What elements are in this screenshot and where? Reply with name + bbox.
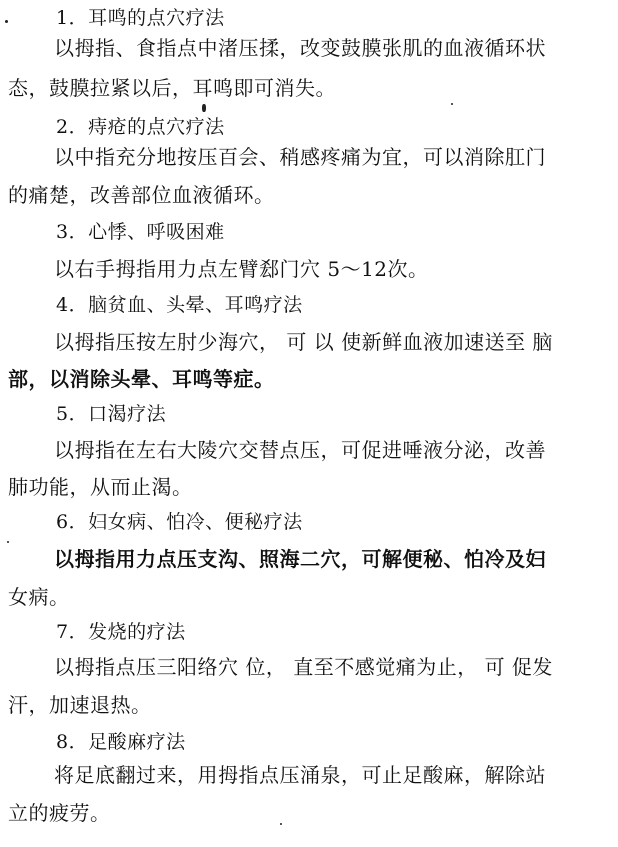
section-8-heading: 8．足酸麻疗法 [56, 730, 186, 754]
section-6-body-line-2: 女病。 [8, 585, 70, 609]
scan-speck [5, 20, 8, 23]
section-5-body-line-1: 以拇指在左右大陵穴交替点压，可促进唾液分泌，改善 [54, 438, 546, 462]
section-6-heading: 6．妇女病、怕冷、便秘疗法 [56, 510, 303, 534]
section-4-body-line-1: 以拇指压按左肘少海穴， 可 以 使新鲜血液加速送至 脑 [54, 330, 553, 354]
scan-speck [202, 104, 206, 112]
section-6-body-line-1: 以拇指用力点压支沟、照海二穴，可解便秘、怕冷及妇 [54, 547, 546, 571]
section-3-body-line-1: 以右手拇指用力点左臂郄门穴 5～12次。 [54, 257, 429, 281]
section-2-body-line-2: 的痛楚，改善部位血液循环。 [8, 183, 275, 207]
section-5-heading: 5．口渴疗法 [56, 402, 166, 426]
scan-speck [280, 823, 282, 825]
section-2-body-line-1: 以中指充分地按压百会、稍感疼痛为宜，可以消除肛门 [54, 145, 546, 169]
scan-speck [451, 103, 453, 105]
scan-speck [7, 541, 9, 543]
section-1-body-line-1: 以拇指、食指点中渚压揉，改变鼓膜张肌的血液循环状 [54, 36, 546, 60]
section-3-heading: 3．心悸、呼吸困难 [56, 220, 225, 244]
section-1-body-line-2: 态，鼓膜拉紧以后，耳鸣即可消失。 [8, 76, 336, 100]
section-2-heading: 2．痔疮的点穴疗法 [56, 115, 225, 139]
section-7-body-line-1: 以拇指点压三阳络穴 位， 直至不感觉痛为止， 可 促发 [54, 655, 553, 679]
section-7-body-line-2: 汗，加速退热。 [8, 693, 152, 717]
section-4-body-line-2: 部，以消除头晕、耳鸣等症。 [8, 367, 275, 391]
section-8-body-line-2: 立的疲劳。 [8, 801, 111, 825]
section-1-heading: 1．耳鸣的点穴疗法 [56, 6, 225, 30]
section-5-body-line-2: 肺功能，从而止渴。 [8, 475, 193, 499]
section-4-heading: 4．脑贫血、头晕、耳鸣疗法 [56, 293, 303, 317]
section-7-heading: 7．发烧的疗法 [56, 620, 186, 644]
section-8-body-line-1: 将足底翻过来，用拇指点压涌泉，可止足酸麻，解除站 [54, 763, 546, 787]
